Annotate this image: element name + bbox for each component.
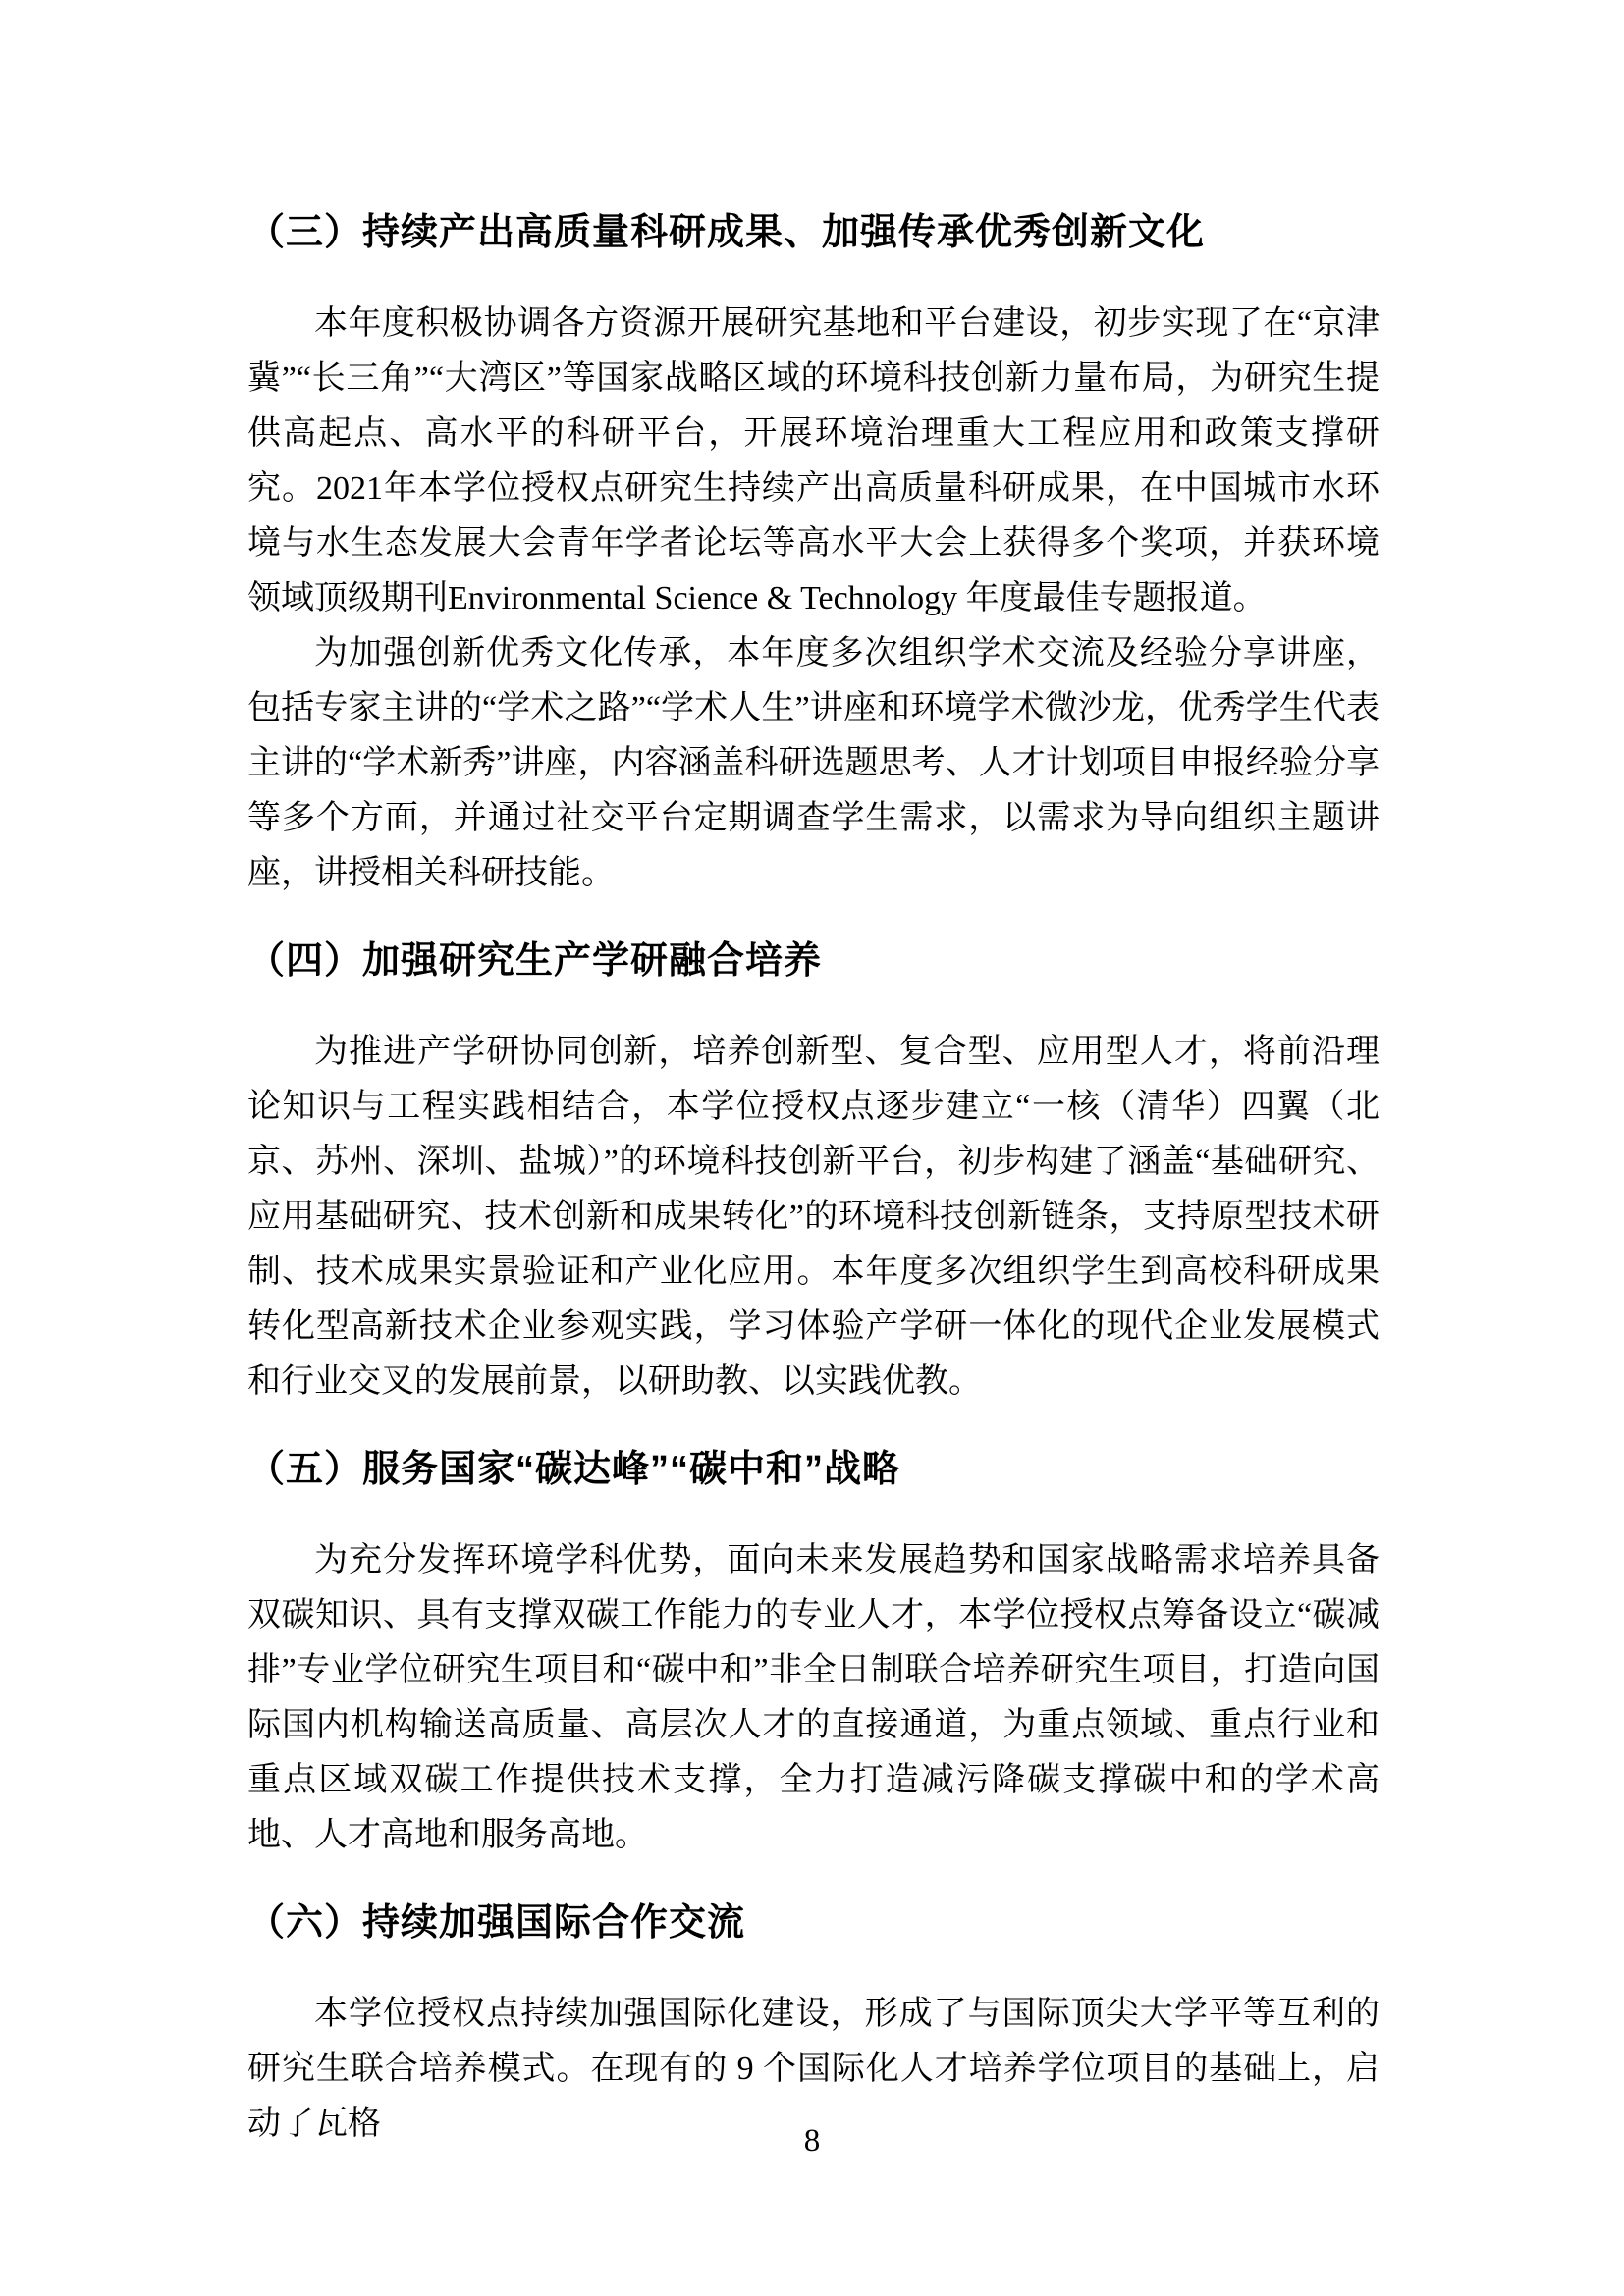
document-content: （三）持续产出高质量科研成果、加强传承优秀创新文化 本年度积极协调各方资源开展研… <box>247 208 1380 2152</box>
section-6: （六）持续加强国际合作交流 本学位授权点持续加强国际化建设，形成了与国际顶尖大学… <box>247 1898 1380 2152</box>
section-3-heading: （三）持续产出高质量科研成果、加强传承优秀创新文化 <box>247 208 1380 257</box>
section-6-heading: （六）持续加强国际合作交流 <box>247 1898 1380 1948</box>
section-4: （四）加强研究生产学研融合培养 为推进产学研协同创新，培养创新型、复合型、应用型… <box>247 936 1380 1410</box>
section-5-paragraph-1: 为充分发挥环境学科优势，面向未来发展趋势和国家战略需求培养具备双碳知识、具有支撑… <box>247 1533 1380 1863</box>
section-4-paragraph-1: 为推进产学研协同创新，培养创新型、复合型、应用型人才，将前沿理论知识与工程实践相… <box>247 1025 1380 1410</box>
page-number: 8 <box>0 2123 1624 2160</box>
section-3-paragraph-1: 本年度积极协调各方资源开展研究基地和平台建设，初步实现了在“京津冀”“长三角”“… <box>247 296 1380 626</box>
section-4-heading: （四）加强研究生产学研融合培养 <box>247 936 1380 986</box>
document-page: （三）持续产出高质量科研成果、加强传承优秀创新文化 本年度积极协调各方资源开展研… <box>0 0 1624 2296</box>
section-5-heading: （五）服务国家“碳达峰”“碳中和”战略 <box>247 1445 1380 1494</box>
section-3: （三）持续产出高质量科研成果、加强传承优秀创新文化 本年度积极协调各方资源开展研… <box>247 208 1380 901</box>
section-3-paragraph-2: 为加强创新优秀文化传承，本年度多次组织学术交流及经验分享讲座，包括专家主讲的“学… <box>247 626 1380 901</box>
section-5: （五）服务国家“碳达峰”“碳中和”战略 为充分发挥环境学科优势，面向未来发展趋势… <box>247 1445 1380 1863</box>
